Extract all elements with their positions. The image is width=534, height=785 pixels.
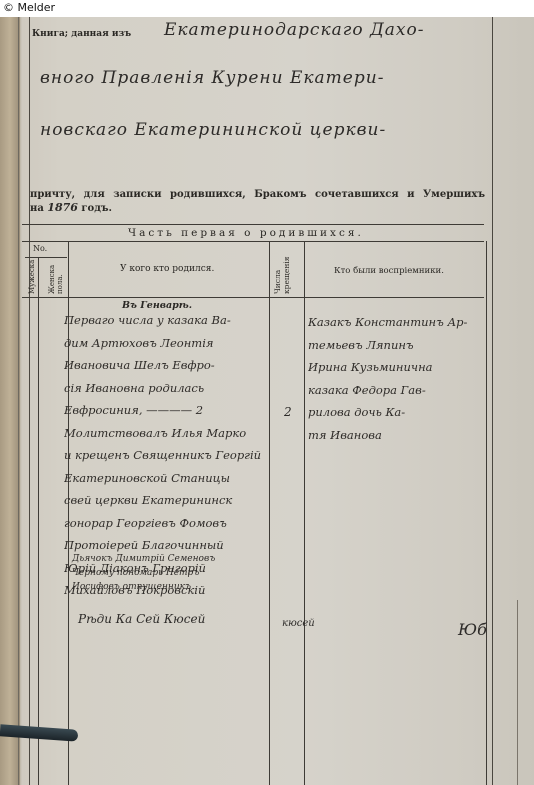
number-col-subrule [25, 257, 67, 258]
header-row-bottom-rule [22, 297, 484, 298]
clergy-note: Дьячокъ Димитрій Семеновъ Черному понома… [72, 552, 267, 594]
right-margin-rule [492, 17, 493, 785]
birth-line: Екатериновской Станицы [64, 467, 269, 490]
handwritten-header-line-3: новскаго Екатерининской церкви- [40, 120, 386, 140]
signature-mid: кюсей [282, 618, 315, 629]
section-rule-top [22, 224, 484, 225]
col-divider-godparents [486, 241, 487, 785]
birth-line: Ивановича Шелъ Евфро- [64, 354, 269, 377]
godparents-line: тя Иванова [308, 424, 486, 447]
page-edge [18, 17, 19, 785]
col-divider-birth [269, 241, 270, 785]
handwritten-header-line-2: вного Правленія Курени Екатери- [40, 68, 384, 88]
signature-right: Юб [458, 620, 487, 639]
godparents-line: темьевъ Ляпинъ [308, 334, 486, 357]
baptism-day: 2 [284, 405, 292, 419]
header-number: No. [33, 244, 47, 253]
handwritten-year: 1876 [47, 201, 78, 214]
birth-line: сія Ивановна родилась [64, 377, 269, 400]
godparents-line: рилова дочь Ка- [308, 401, 486, 424]
book-binding [0, 17, 20, 785]
left-margin-rule [29, 17, 30, 785]
header-male: Мужеска [28, 262, 36, 294]
godparents-line: Казакъ Константинъ Ар- [308, 311, 486, 334]
handwritten-header-line-1: Екатеринодарскаго Дахо- [164, 20, 425, 40]
header-who-born: У кого кто родился. [120, 264, 214, 274]
birth-line: дим Артюховъ Леонтія [64, 332, 269, 355]
page-fold-edge [517, 600, 518, 785]
printed-book-prefix: Книга; данная изъ [32, 29, 131, 39]
godparents-line: казака Федора Гав- [308, 379, 486, 402]
col-divider-baptism [304, 241, 305, 785]
header-female: Женска пола. [48, 262, 62, 294]
birth-line: свей церкви Екатерининск [64, 489, 269, 512]
year-suffix: годъ. [81, 203, 112, 214]
copyright-credit: © Melder [3, 1, 55, 15]
section-title: Часть первая о родившихся. [128, 227, 364, 239]
printed-purpose-line: причту, для записки родившихся, Бракомъ … [30, 189, 485, 200]
note-line: Дьячокъ Димитрій Семеновъ [72, 552, 267, 566]
birth-line: Молитствовалъ Илья Марко [64, 422, 269, 445]
col-divider-male-female [38, 257, 39, 785]
godparents-line: Ирина Кузьминична [308, 356, 486, 379]
header-baptism-date: Числа крещенія [273, 248, 299, 294]
header-godparents: Кто были воспріемники. [334, 266, 444, 276]
note-line: Черному пономарь Петръ [72, 566, 267, 580]
birth-line: Евфросиния, ———— 2 [64, 399, 269, 422]
signature-left: Рѣди Ка Сей Кюсей [78, 612, 205, 626]
note-line: Иосифовъ отпущенникъ [72, 580, 267, 594]
year-prefix: на [30, 203, 44, 214]
birth-line: Перваго числа у казака Ва- [64, 309, 269, 332]
birth-line: и крещенъ Священникъ Георгій [64, 444, 269, 467]
birth-line: гонорар Георгіевъ Фомовъ [64, 512, 269, 535]
godparents-text: Казакъ Константинъ Ар- темьевъ Ляпинъ Ир… [308, 311, 486, 446]
section-rule-bottom [22, 241, 484, 242]
printed-year-line: на 1876 годъ. [30, 201, 112, 214]
